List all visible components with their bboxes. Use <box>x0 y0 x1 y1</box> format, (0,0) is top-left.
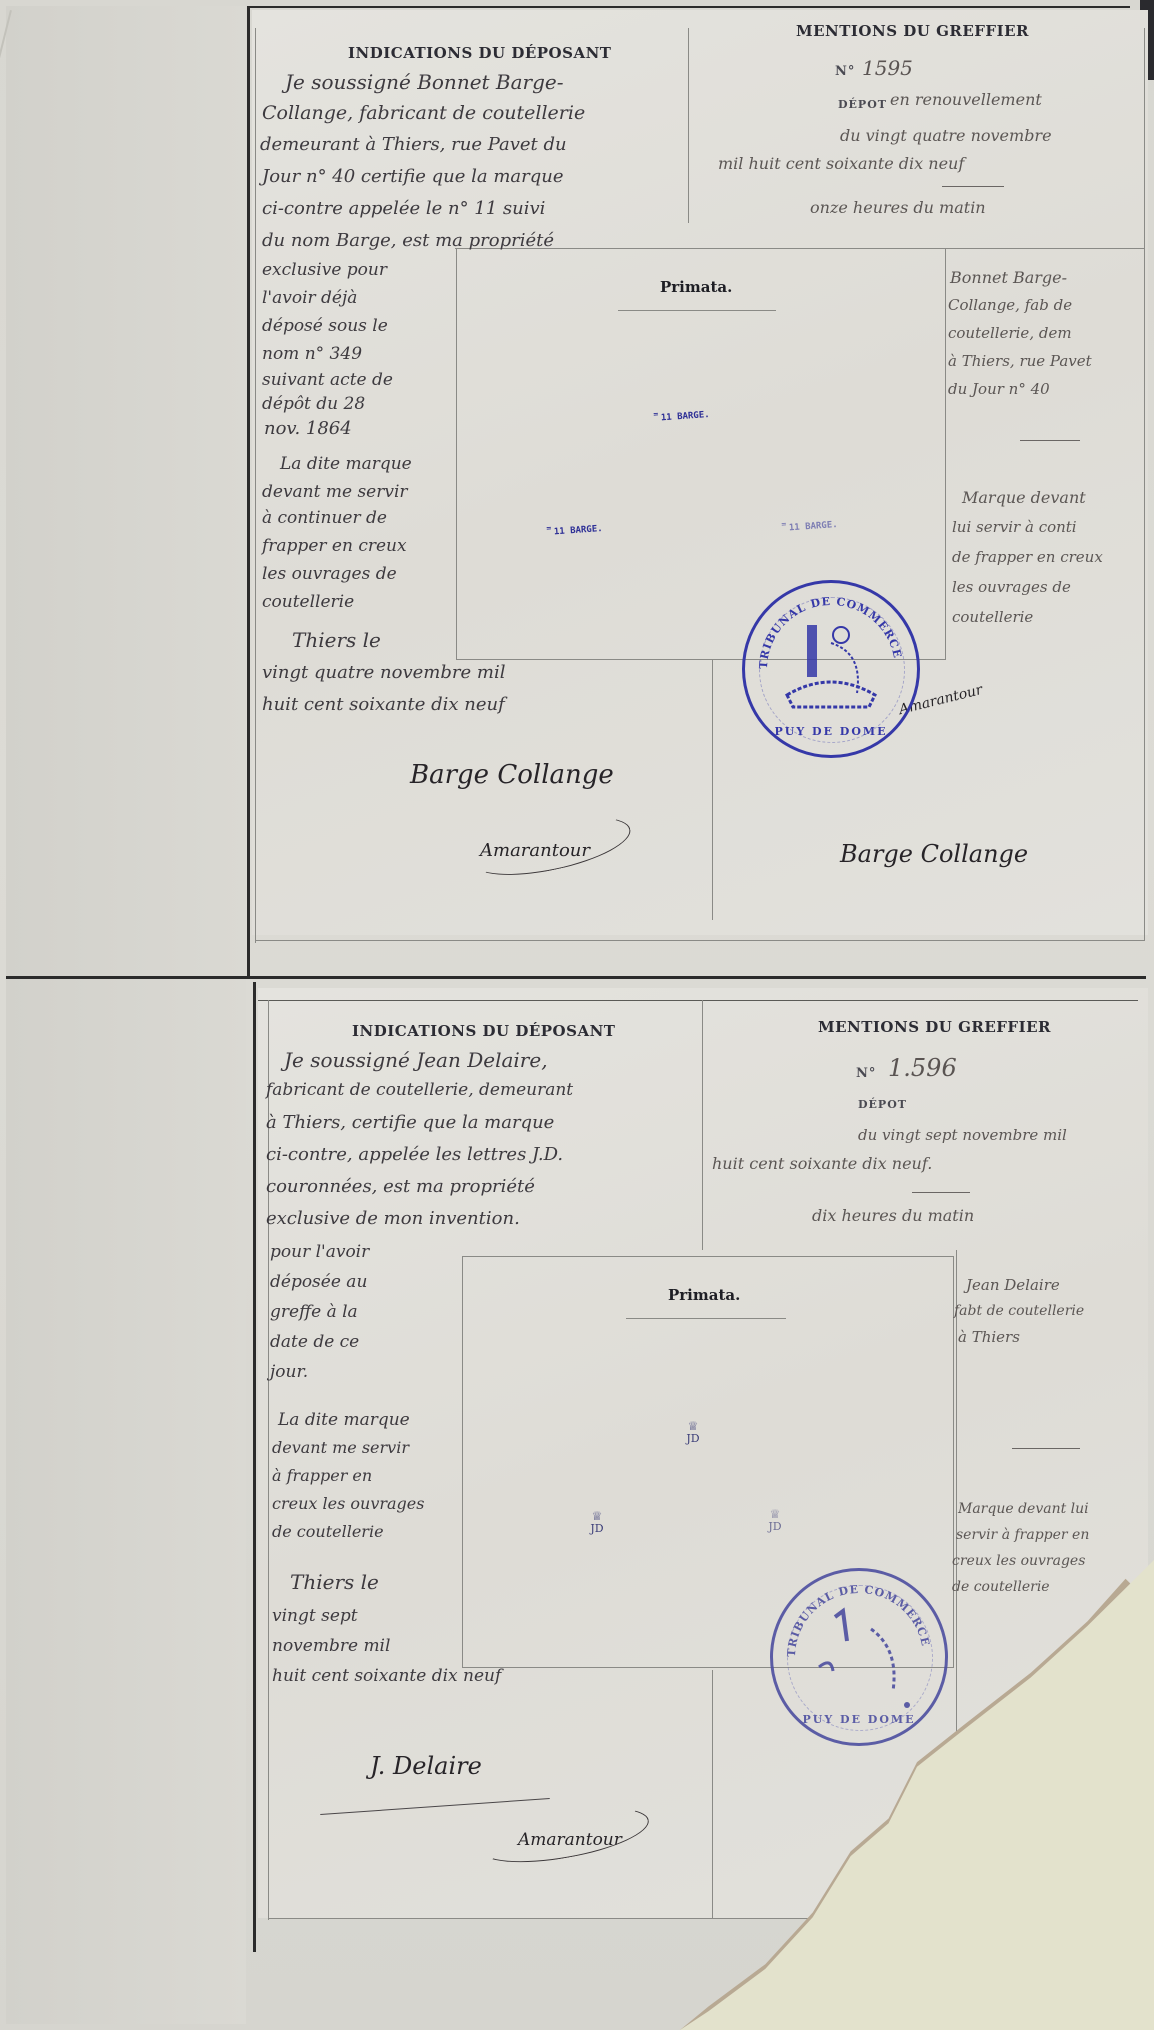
form-2-top-border <box>258 1000 1138 1001</box>
form-1-specimen-label: Primata. <box>660 278 732 296</box>
left-margin-paper <box>6 6 246 2024</box>
form-1-separator-2 <box>1020 440 1080 441</box>
form-1-bottom-border <box>255 940 1145 941</box>
form-1-separator-1 <box>942 186 1004 187</box>
form-2-date-line-2: huit cent soixante dix neuf. <box>712 1156 932 1172</box>
form-2-specimen-label: Primata. <box>668 1286 740 1304</box>
form-1-right-border <box>1144 28 1145 940</box>
number-eleven-icon: ⁼ <box>652 410 660 425</box>
form-2-greffier-header: MENTIONS DU GREFFIER <box>818 1018 1051 1036</box>
form-1-column-divider-top <box>688 28 689 223</box>
document-photo: INDICATIONS DU DÉPOSANT MENTIONS DU GREF… <box>0 0 1154 2030</box>
svg-text:PUY DE DOME: PUY DE DOME <box>775 725 888 738</box>
form-1-depot-suffix: en renouvellement <box>890 92 1042 108</box>
form-1-number: 1595 <box>862 56 913 80</box>
form-1-time: onze heures du matin <box>810 200 986 216</box>
number-eleven-icon: ⁼ <box>545 524 553 539</box>
seal-emblem-icon: TRIBUNAL DE COMMERCE DE THIERS PUY DE DO… <box>773 1571 945 1743</box>
form-2-separator-2 <box>1012 1448 1080 1449</box>
binding-rule-bottom <box>253 982 256 1952</box>
form-1-date-line-1: du vingt quatre novembre <box>840 128 1052 144</box>
form-2-stamp-mark-2: ♕JD <box>584 1510 610 1535</box>
form-2-depositor-signature: J. Delaire <box>370 1752 482 1780</box>
form-1-left-border <box>255 28 256 943</box>
form-2-tribunal-seal: TRIBUNAL DE COMMERCE DE THIERS PUY DE DO… <box>770 1568 948 1746</box>
form-1-column-divider-bottom <box>712 660 713 920</box>
number-eleven-icon: ⁼ <box>780 520 788 535</box>
top-rule <box>250 6 1130 8</box>
form-2-separator-1 <box>912 1192 970 1193</box>
form-1-depot-label: DÉPOT <box>838 98 887 111</box>
binding-rule-top <box>247 6 250 976</box>
form-1-specimen-underline <box>618 310 776 311</box>
seal-emblem-icon: TRIBUNAL DE COMMERCE DE THIERS PUY DE DO… <box>745 583 917 755</box>
form-1-date-line-2: mil huit cent soixante dix neuf <box>718 156 964 172</box>
svg-text:TRIBUNAL DE COMMERCE DE THIERS: TRIBUNAL DE COMMERCE DE THIERS <box>745 583 905 669</box>
form-2-deposant-header: INDICATIONS DU DÉPOSANT <box>352 1022 615 1040</box>
form-2-column-divider-bottom <box>712 1670 713 1918</box>
form-2-stamp-mark-1: ♕JD <box>680 1420 706 1445</box>
form-2-date-line-1: du vingt sept novembre mil <box>858 1128 1067 1143</box>
form-2-left-border <box>268 1000 269 1920</box>
form-2-column-divider-top <box>702 1000 703 1250</box>
form-1-tribunal-seal: TRIBUNAL DE COMMERCE DE THIERS PUY DE DO… <box>742 580 920 758</box>
form-1-depositor-signature: Barge Collange <box>410 760 614 790</box>
form-2-specimen-underline <box>626 1318 786 1319</box>
form-2-stamp-mark-3: ♕JD <box>762 1508 788 1533</box>
form-1-deposant-header: INDICATIONS DU DÉPOSANT <box>348 44 611 62</box>
form-2-bottom-border <box>268 1918 888 1919</box>
form-1-number-label: N° <box>835 64 855 79</box>
svg-text:TRIBUNAL DE COMMERCE DE THIERS: TRIBUNAL DE COMMERCE DE THIERS <box>773 1571 933 1657</box>
svg-text:PUY DE DOME: PUY DE DOME <box>803 1713 916 1726</box>
form-2-time: dix heures du matin <box>812 1208 974 1224</box>
form-2-number-label: N° <box>856 1066 876 1081</box>
form-1-greffier-header: MENTIONS DU GREFFIER <box>796 22 1029 40</box>
page-divider-rule <box>6 976 1146 979</box>
form-1-greffier-depositor-signature: Barge Collange <box>840 840 1028 868</box>
form-2-depot-label: DÉPOT <box>858 1098 907 1111</box>
form-2-number: 1.596 <box>888 1054 957 1082</box>
